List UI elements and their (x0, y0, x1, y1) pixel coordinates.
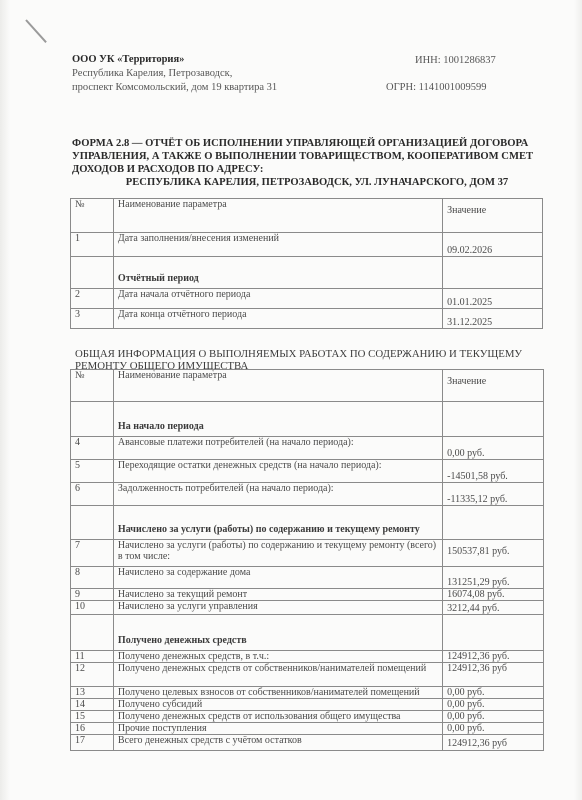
row-number: 7 (71, 540, 114, 567)
form-title: ФОРМА 2.8 — ОТЧЁТ ОБ ИСПОЛНЕНИИ УПРАВЛЯЮ… (72, 137, 552, 189)
header-value: Значение (443, 370, 544, 402)
row-parameter: Получено субсидий (113, 699, 442, 711)
empty-cell (71, 615, 114, 651)
row-parameter: Дата конца отчётного периода (113, 309, 442, 329)
table-row: 4 Авансовые платежи потребителей (на нач… (71, 437, 544, 460)
row-parameter: Прочие поступления (113, 723, 442, 735)
table-row: 7 Начислено за услуги (работы) по содерж… (71, 540, 544, 567)
scanned-document-page: ООО УК «Территория» Республика Карелия, … (0, 0, 582, 800)
row-number: 12 (71, 663, 114, 687)
row-parameter: Дата заполнения/внесения изменений (113, 233, 442, 257)
section-title: На начало периода (113, 402, 442, 437)
table-row: 10 Начислено за услуги управления 3212,4… (71, 601, 544, 615)
row-value: 16074,08 руб. (443, 589, 544, 601)
table-row: 8 Начислено за содержание дома 131251,29… (71, 567, 544, 589)
organization-block: ООО УК «Территория» Республика Карелия, … (72, 53, 277, 95)
row-value: 0,00 руб. (443, 437, 544, 460)
organization-address-line2: проспект Комсомольский, дом 19 квартира … (72, 81, 277, 95)
section-title: Отчётный период (113, 257, 442, 289)
organization-name: ООО УК «Территория» (72, 53, 277, 67)
table-row: 12 Получено денежных средств от собствен… (71, 663, 544, 687)
table-section-row: Начислено за услуги (работы) по содержан… (71, 506, 544, 540)
table-row: 13 Получено целевых взносов от собственн… (71, 687, 544, 699)
table-row: 14 Получено субсидий 0,00 руб. (71, 699, 544, 711)
row-number: 6 (71, 483, 114, 506)
row-value: 0,00 руб. (443, 723, 544, 735)
reporting-period-table: № Наименование параметра Значение 1 Дата… (70, 198, 543, 329)
row-value: 124912,36 руб (443, 663, 544, 687)
form-title-address: РЕСПУБЛИКА КАРЕЛИЯ, ПЕТРОЗАВОДСК, УЛ. ЛУ… (72, 176, 552, 189)
table-row: 6 Задолженность потребителей (на начало … (71, 483, 544, 506)
section-title: Начислено за услуги (работы) по содержан… (113, 506, 442, 540)
row-value: 31.12.2025 (443, 309, 543, 329)
row-number: 5 (71, 460, 114, 483)
empty-cell (443, 615, 544, 651)
row-number: 16 (71, 723, 114, 735)
row-value: -11335,12 руб. (443, 483, 544, 506)
table-row: 2 Дата начала отчётного периода 01.01.20… (71, 289, 543, 309)
table-header-row: № Наименование параметра Значение (71, 370, 544, 402)
row-value: 09.02.2026 (443, 233, 543, 257)
row-number: 15 (71, 711, 114, 723)
ogrn: ОГРН: 1141001009599 (386, 82, 486, 93)
table-row: 5 Переходящие остатки денежных средств (… (71, 460, 544, 483)
row-parameter: Дата начала отчётного периода (113, 289, 442, 309)
row-number: 11 (71, 651, 114, 663)
table-row: 15 Получено денежных средств от использо… (71, 711, 544, 723)
row-parameter: Начислено за услуги управления (113, 601, 442, 615)
row-value: 0,00 руб. (443, 687, 544, 699)
row-parameter: Начислено за текущий ремонт (113, 589, 442, 601)
row-value: 01.01.2025 (443, 289, 543, 309)
works-info-table: № Наименование параметра Значение На нач… (70, 369, 544, 751)
row-value: 3212,44 руб. (443, 601, 544, 615)
table-row: 17 Всего денежных средств с учётом остат… (71, 735, 544, 751)
row-value: 124912,36 руб. (443, 651, 544, 663)
header-parameter: Наименование параметра (113, 199, 442, 233)
row-parameter: Получено денежных средств от собственник… (113, 663, 442, 687)
header-number: № (71, 199, 114, 233)
row-parameter: Задолженность потребителей (на начало пе… (113, 483, 442, 506)
row-number: 8 (71, 567, 114, 589)
table-section-row: На начало периода (71, 402, 544, 437)
header-number: № (71, 370, 114, 402)
row-parameter: Переходящие остатки денежных средств (на… (113, 460, 442, 483)
header-parameter: Наименование параметра (113, 370, 442, 402)
row-parameter: Начислено за услуги (работы) по содержан… (113, 540, 442, 567)
row-parameter: Всего денежных средств с учётом остатков (113, 735, 442, 751)
row-value: 0,00 руб. (443, 711, 544, 723)
row-value: -14501,58 руб. (443, 460, 544, 483)
row-parameter: Получено денежных средств, в т.ч.: (113, 651, 442, 663)
organization-address-line1: Республика Карелия, Петрозаводск, (72, 67, 277, 81)
row-parameter: Начислено за содержание дома (113, 567, 442, 589)
row-value: 131251,29 руб. (443, 567, 544, 589)
row-number: 3 (71, 309, 114, 329)
row-parameter: Получено денежных средств от использован… (113, 711, 442, 723)
row-number: 4 (71, 437, 114, 460)
row-number: 9 (71, 589, 114, 601)
scan-edge-shadow (0, 0, 10, 800)
table-row: 3 Дата конца отчётного периода 31.12.202… (71, 309, 543, 329)
form-title-text: ФОРМА 2.8 — ОТЧЁТ ОБ ИСПОЛНЕНИИ УПРАВЛЯЮ… (72, 138, 533, 175)
empty-cell (443, 506, 544, 540)
pencil-mark (25, 19, 47, 43)
empty-cell (443, 257, 543, 289)
row-value: 150537,81 руб. (443, 540, 544, 567)
row-value: 0,00 руб. (443, 699, 544, 711)
row-parameter: Авансовые платежи потребителей (на начал… (113, 437, 442, 460)
row-number: 10 (71, 601, 114, 615)
table-row: 9 Начислено за текущий ремонт 16074,08 р… (71, 589, 544, 601)
empty-cell (71, 402, 114, 437)
row-parameter: Получено целевых взносов от собственнико… (113, 687, 442, 699)
table-section-row: Получено денежных средств (71, 615, 544, 651)
row-number: 17 (71, 735, 114, 751)
empty-cell (71, 506, 114, 540)
section-title: Получено денежных средств (113, 615, 442, 651)
row-number: 14 (71, 699, 114, 711)
header-value: Значение (443, 199, 543, 233)
row-number: 13 (71, 687, 114, 699)
table-row: 16 Прочие поступления 0,00 руб. (71, 723, 544, 735)
row-number: 2 (71, 289, 114, 309)
table-row: 1 Дата заполнения/внесения изменений 09.… (71, 233, 543, 257)
scan-edge-shadow (574, 0, 582, 800)
inn: ИНН: 1001286837 (415, 55, 496, 66)
row-value: 124912,36 руб (443, 735, 544, 751)
empty-cell (443, 402, 544, 437)
table-row: 11 Получено денежных средств, в т.ч.: 12… (71, 651, 544, 663)
row-number: 1 (71, 233, 114, 257)
table-section-row: Отчётный период (71, 257, 543, 289)
table-header-row: № Наименование параметра Значение (71, 199, 543, 233)
empty-cell (71, 257, 114, 289)
